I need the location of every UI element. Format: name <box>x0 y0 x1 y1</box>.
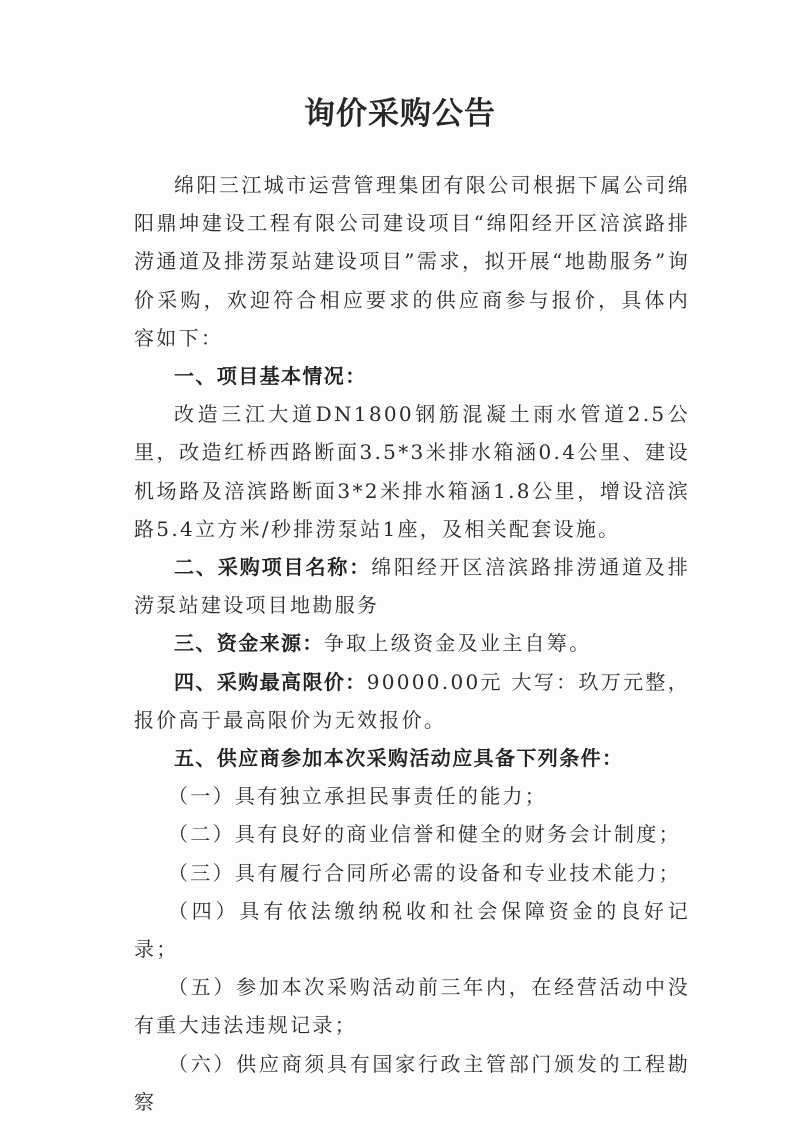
section-5-heading: 五、供应商参加本次采购活动应具备下列条件： <box>174 746 623 770</box>
condition-item-3: （三）具有履行合同所必需的设备和专业技术能力； <box>134 854 690 892</box>
document-page: 询价采购公告 绵阳三江城市运营管理集团有限公司根据下属公司绵阳鼎坤建设工程有限公… <box>0 0 800 1125</box>
document-body: 绵阳三江城市运营管理集团有限公司根据下属公司绵阳鼎坤建设工程有限公司建设项目“绵… <box>134 166 690 1121</box>
intro-paragraph: 绵阳三江城市运营管理集团有限公司根据下属公司绵阳鼎坤建设工程有限公司建设项目“绵… <box>134 166 690 357</box>
condition-item-6: （六）供应商须具有国家行政主管部门颁发的工程勘察 <box>134 1045 690 1121</box>
document-title: 询价采购公告 <box>0 88 800 133</box>
section-3-body: 争取上级资金及业主自筹。 <box>324 631 592 655</box>
section-1-heading: 一、项目基本情况： <box>174 364 367 388</box>
section-2-heading: 二、采购项目名称： <box>174 555 371 579</box>
section-5: 五、供应商参加本次采购活动应具备下列条件： <box>134 739 690 777</box>
section-2: 二、采购项目名称：绵阳经开区涪滨路排涝通道及排涝泵站建设项目地勘服务 <box>134 548 690 624</box>
condition-item-5: （五）参加本次采购活动前三年内，在经营活动中没有重大违法违规记录； <box>134 968 690 1044</box>
section-4-heading: 四、采购最高限价： <box>174 670 367 694</box>
section-1-body: 改造三江大道DN1800钢筋混凝土雨水管道2.5公里，改造红桥西路断面3.5*3… <box>134 395 690 548</box>
section-3: 三、资金来源：争取上级资金及业主自筹。 <box>134 624 690 662</box>
condition-item-2: （二）具有良好的商业信誉和健全的财务会计制度； <box>134 815 690 853</box>
section-1: 一、项目基本情况： <box>134 357 690 395</box>
condition-item-4: （四）具有依法缴纳税收和社会保障资金的良好记录； <box>134 892 690 968</box>
condition-item-1: （一）具有独立承担民事责任的能力； <box>134 777 690 815</box>
section-3-heading: 三、资金来源： <box>174 631 324 655</box>
section-4: 四、采购最高限价：90000.00元 大写：玖万元整，报价高于最高限价为无效报价… <box>134 663 690 739</box>
